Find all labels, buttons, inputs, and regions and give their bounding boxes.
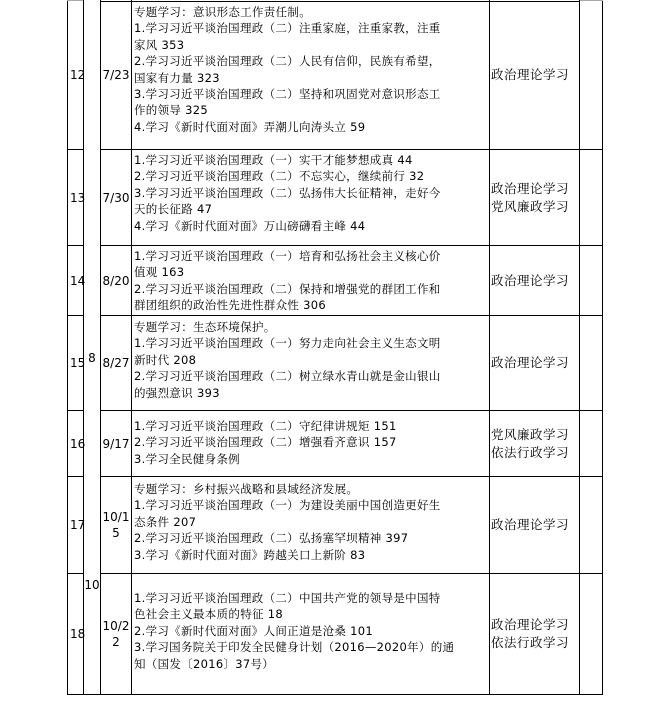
content-line: 1.学习习近平谈治国理政（一）培育和弘扬社会主义核心价 <box>134 248 489 264</box>
category-line: 依法行政学习 <box>491 444 579 462</box>
category-cell: 政治理论学习 <box>490 246 579 315</box>
row-number-text: 12 <box>70 67 83 83</box>
row-number: 14 <box>68 246 83 315</box>
content-line: 3.学习习近平谈治国理政（二）坚持和巩固党对意识形态工 <box>134 86 489 102</box>
category-cell: 党风廉政学习 依法行政学习 <box>490 411 579 476</box>
row-number: 12 <box>68 1 83 149</box>
table-border-right <box>602 0 603 695</box>
content-line: 2.学习习近平谈治国理政（二）树立绿水青山就是金山银山 <box>134 368 489 384</box>
content-cell: 专题学习：乡村振兴战略和县域经济发展。 1.学习习近平谈治国理政（一）为建设美丽… <box>132 481 489 563</box>
content-cell: 专题学习：意识形态工作责任制。 1.学习习近平谈治国理政（二）注重家庭，注重家教… <box>132 4 489 135</box>
category-cell: 政治理论学习 <box>490 316 579 410</box>
date-cell: 9/17 <box>101 411 131 476</box>
study-schedule-table: 8 10 12 7/23 专题学习：意识形态工作责任制。 1.学习习近平谈治国理… <box>0 0 670 711</box>
table-border-top-gray <box>580 0 603 1</box>
category-cell: 政治理论学习 <box>490 1 579 149</box>
content-line: 2.学习习近平谈治国理政（二）保持和增强党的群团工作和 <box>134 281 489 297</box>
content-line: 4.学习《新时代面对面》万山磅礴看主峰 44 <box>134 218 489 234</box>
column-divider <box>579 0 580 695</box>
row-number: 17 <box>68 477 83 573</box>
date-cell: 10/1 5 <box>101 477 131 573</box>
category-line: 政治理论学习 <box>491 354 579 372</box>
category-line: 党风廉政学习 <box>491 426 579 444</box>
row-number-text: 14 <box>70 273 83 289</box>
content-line: 1.学习习近平谈治国理政（一）实干才能梦想成真 44 <box>134 152 489 168</box>
content-line: 1.学习习近平谈治国理政（一）为建设美丽中国创造更好生 <box>134 497 489 513</box>
row-number: 15 <box>68 316 83 410</box>
content-cell: 1.学习习近平谈治国理政（一）培育和弘扬社会主义核心价 值观 163 2.学习习… <box>132 248 489 314</box>
row-number-text: 13 <box>70 190 83 206</box>
row-number-text: 15 <box>70 355 83 371</box>
content-line: 2.学习习近平谈治国理政（二）不忘实心，继续前行 32 <box>134 168 489 184</box>
content-line: 1.学习习近平谈治国理政（二）注重家庭，注重家教，注重 <box>134 20 489 36</box>
date-text: 7/23 <box>101 67 131 83</box>
content-line: 1.学习习近平谈治国理政（一）努力走向社会主义生态文明 <box>134 335 489 351</box>
content-line: 的强烈意识 393 <box>134 385 489 401</box>
category-cell: 政治理论学习 依法行政学习 <box>490 574 579 694</box>
content-line: 2.学习习近平谈治国理政（二）弘扬塞罕坝精神 397 <box>134 530 489 546</box>
content-line: 专题学习：意识形态工作责任制。 <box>134 4 489 20</box>
date-text: 9/17 <box>101 436 131 452</box>
content-line: 群团组织的政治性先进性群众性 306 <box>134 297 489 313</box>
date-cell: 7/23 <box>101 1 131 149</box>
row-number-text: 17 <box>70 517 83 533</box>
content-line: 1.学习习近平谈治国理政（二）中国共产党的领导是中国特 <box>134 590 489 606</box>
content-line: 2.学习习近平谈治国理政（二）人民有信仰，民族有希望， <box>134 53 489 69</box>
content-line: 专题学习：乡村振兴战略和县域经济发展。 <box>134 481 489 497</box>
date-cell: 8/20 <box>101 246 131 315</box>
category-line: 政治理论学习 <box>491 66 579 84</box>
category-line: 政治理论学习 <box>491 272 579 290</box>
date-cell: 10/2 2 <box>101 574 131 694</box>
content-line: 新时代 208 <box>134 352 489 368</box>
row-number: 13 <box>68 150 83 245</box>
content-line: 2.学习习近平谈治国理政（二）增强看齐意识 157 <box>134 434 489 450</box>
content-line: 2.学习《新时代面对面》人间正道是沧桑 101 <box>134 623 489 639</box>
date-text: 5 <box>101 525 131 541</box>
content-line: 知（国发〔2016〕37号） <box>134 656 489 672</box>
content-cell: 1.学习习近平谈治国理政（一）实干才能梦想成真 44 2.学习习近平谈治国理政（… <box>132 152 489 234</box>
content-line: 态条件 207 <box>134 514 489 530</box>
content-cell: 专题学习：生态环境保护。 1.学习习近平谈治国理政（一）努力走向社会主义生态文明… <box>132 319 489 401</box>
date-text: 8/20 <box>101 273 131 289</box>
content-line: 3.学习习近平谈治国理政（二）弘扬伟大长征精神，走好今 <box>134 185 489 201</box>
date-text: 2 <box>101 634 131 650</box>
content-line: 国家有力量 323 <box>134 70 489 86</box>
content-line: 1.学习习近平谈治国理政（二）守纪律讲规矩 151 <box>134 418 489 434</box>
row-number: 16 <box>68 411 83 476</box>
content-line: 专题学习：生态环境保护。 <box>134 319 489 335</box>
content-line: 值观 163 <box>134 264 489 280</box>
category-line: 依法行政学习 <box>491 634 579 652</box>
date-text: 8/27 <box>101 355 131 371</box>
content-line: 3.学习国务院关于印发全民健身计划（2016—2020年）的通 <box>134 639 489 655</box>
row-number-text: 16 <box>70 436 83 452</box>
content-line: 3.学习全民健身条例 <box>134 451 489 467</box>
category-line: 政治理论学习 <box>491 616 579 634</box>
row-number: 18 <box>68 574 83 694</box>
category-cell: 政治理论学习 党风廉政学习 <box>490 150 579 245</box>
category-line: 政治理论学习 <box>491 180 579 198</box>
content-line: 家风 353 <box>134 37 489 53</box>
content-line: 色社会主义最本质的特征 18 <box>134 606 489 622</box>
content-line: 作的领导 325 <box>134 102 489 118</box>
content-cell: 1.学习习近平谈治国理政（二）中国共产党的领导是中国特 色社会主义最本质的特征 … <box>132 590 489 672</box>
content-line: 3.学习《新时代面对面》跨越关口上新阶 83 <box>134 547 489 563</box>
content-line: 天的长征路 47 <box>134 201 489 217</box>
content-cell: 1.学习习近平谈治国理政（二）守纪律讲规矩 151 2.学习习近平谈治国理政（二… <box>132 418 489 467</box>
month-cell: 10 <box>84 577 100 593</box>
date-cell: 7/30 <box>101 150 131 245</box>
row-number-text: 18 <box>70 626 83 642</box>
date-cell: 8/27 <box>101 316 131 410</box>
category-line: 政治理论学习 <box>491 516 579 534</box>
date-text: 7/30 <box>101 190 131 206</box>
date-text: 10/1 <box>101 509 131 525</box>
category-cell: 政治理论学习 <box>490 477 579 573</box>
table-border-bottom <box>67 694 603 695</box>
month-cell: 8 <box>84 350 100 366</box>
date-text: 10/2 <box>101 618 131 634</box>
category-line: 党风廉政学习 <box>491 198 579 216</box>
content-line: 4.学习《新时代面对面》弄潮儿向涛头立 59 <box>134 119 489 135</box>
